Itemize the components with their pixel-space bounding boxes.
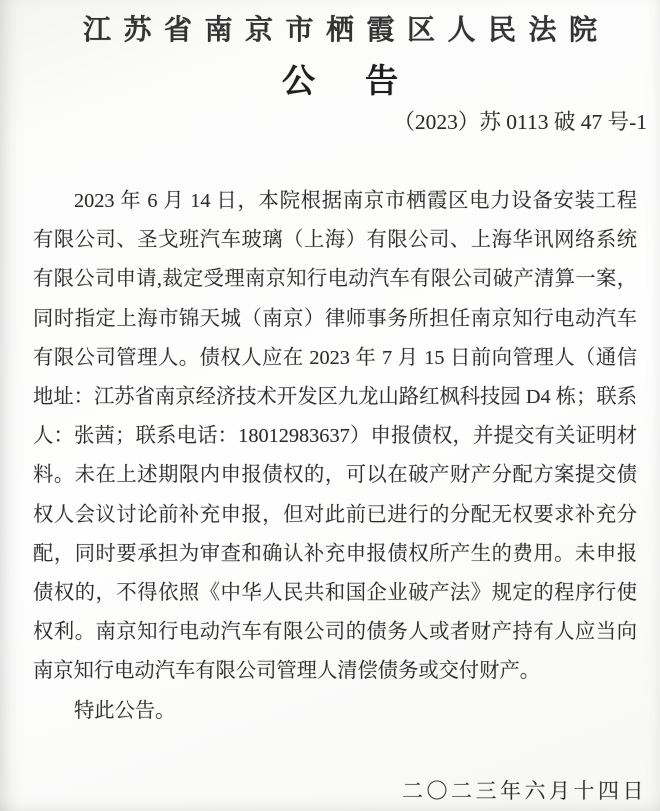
body-text-line: 权人会议讨论前补充申报，但对此前已进行的分配无权要求补充分 — [33, 496, 637, 535]
announcement-body: 2023 年 6 月 14 日，本院根据南京市栖霞区电力设备安装工程有限公司、圣… — [33, 182, 637, 731]
case-number: （2023）苏 0113 破 47 号-1 — [33, 107, 647, 137]
body-text-line: 有限公司申请,裁定受理南京知行电动汽车有限公司破产清算一案， — [33, 260, 637, 299]
body-text-line: 人：张茜；联系电话：18012983637）申报债权，并提交有关证明材 — [33, 417, 637, 456]
document-title: 公 告 — [33, 62, 647, 102]
announcement-date: 二〇二三年六月十四日 — [33, 776, 647, 806]
body-text-line: 有限公司、圣戈班汽车玻璃（上海）有限公司、上海华讯网络系统 — [33, 221, 637, 260]
body-text-line: 有限公司管理人。债权人应在 2023 年 7 月 15 日前向管理人（通信 — [33, 339, 637, 378]
body-text-line: 配，同时要承担为审查和确认补充申报债权所产生的费用。未申报 — [33, 535, 637, 574]
body-text-line: 权利。南京知行电动汽车有限公司的债务人或者财产持有人应当向 — [33, 613, 637, 652]
body-text-line: 南京知行电动汽车有限公司管理人清偿债务或交付财产。 — [33, 652, 637, 691]
body-text-line: 债权的，不得依照《中华人民共和国企业破产法》规定的程序行使 — [33, 574, 637, 613]
body-text-line: 料。未在上述期限内申报债权的，可以在破产财产分配方案提交债 — [33, 456, 637, 495]
body-text-line: 特此公告。 — [33, 692, 637, 731]
court-name-heading: 江苏省南京市栖霞区人民法院 — [33, 9, 647, 53]
body-text-line: 同时指定上海市锦天城（南京）律师事务所担任南京知行电动汽车 — [33, 300, 637, 339]
body-text-line: 地址：江苏省南京经济技术开发区九龙山路红枫科技园 D4 栋；联系 — [33, 378, 637, 417]
court-announcement-document: 江苏省南京市栖霞区人民法院 公 告 （2023）苏 0113 破 47 号-1 … — [0, 0, 660, 811]
body-text-line: 2023 年 6 月 14 日，本院根据南京市栖霞区电力设备安装工程 — [33, 182, 637, 221]
